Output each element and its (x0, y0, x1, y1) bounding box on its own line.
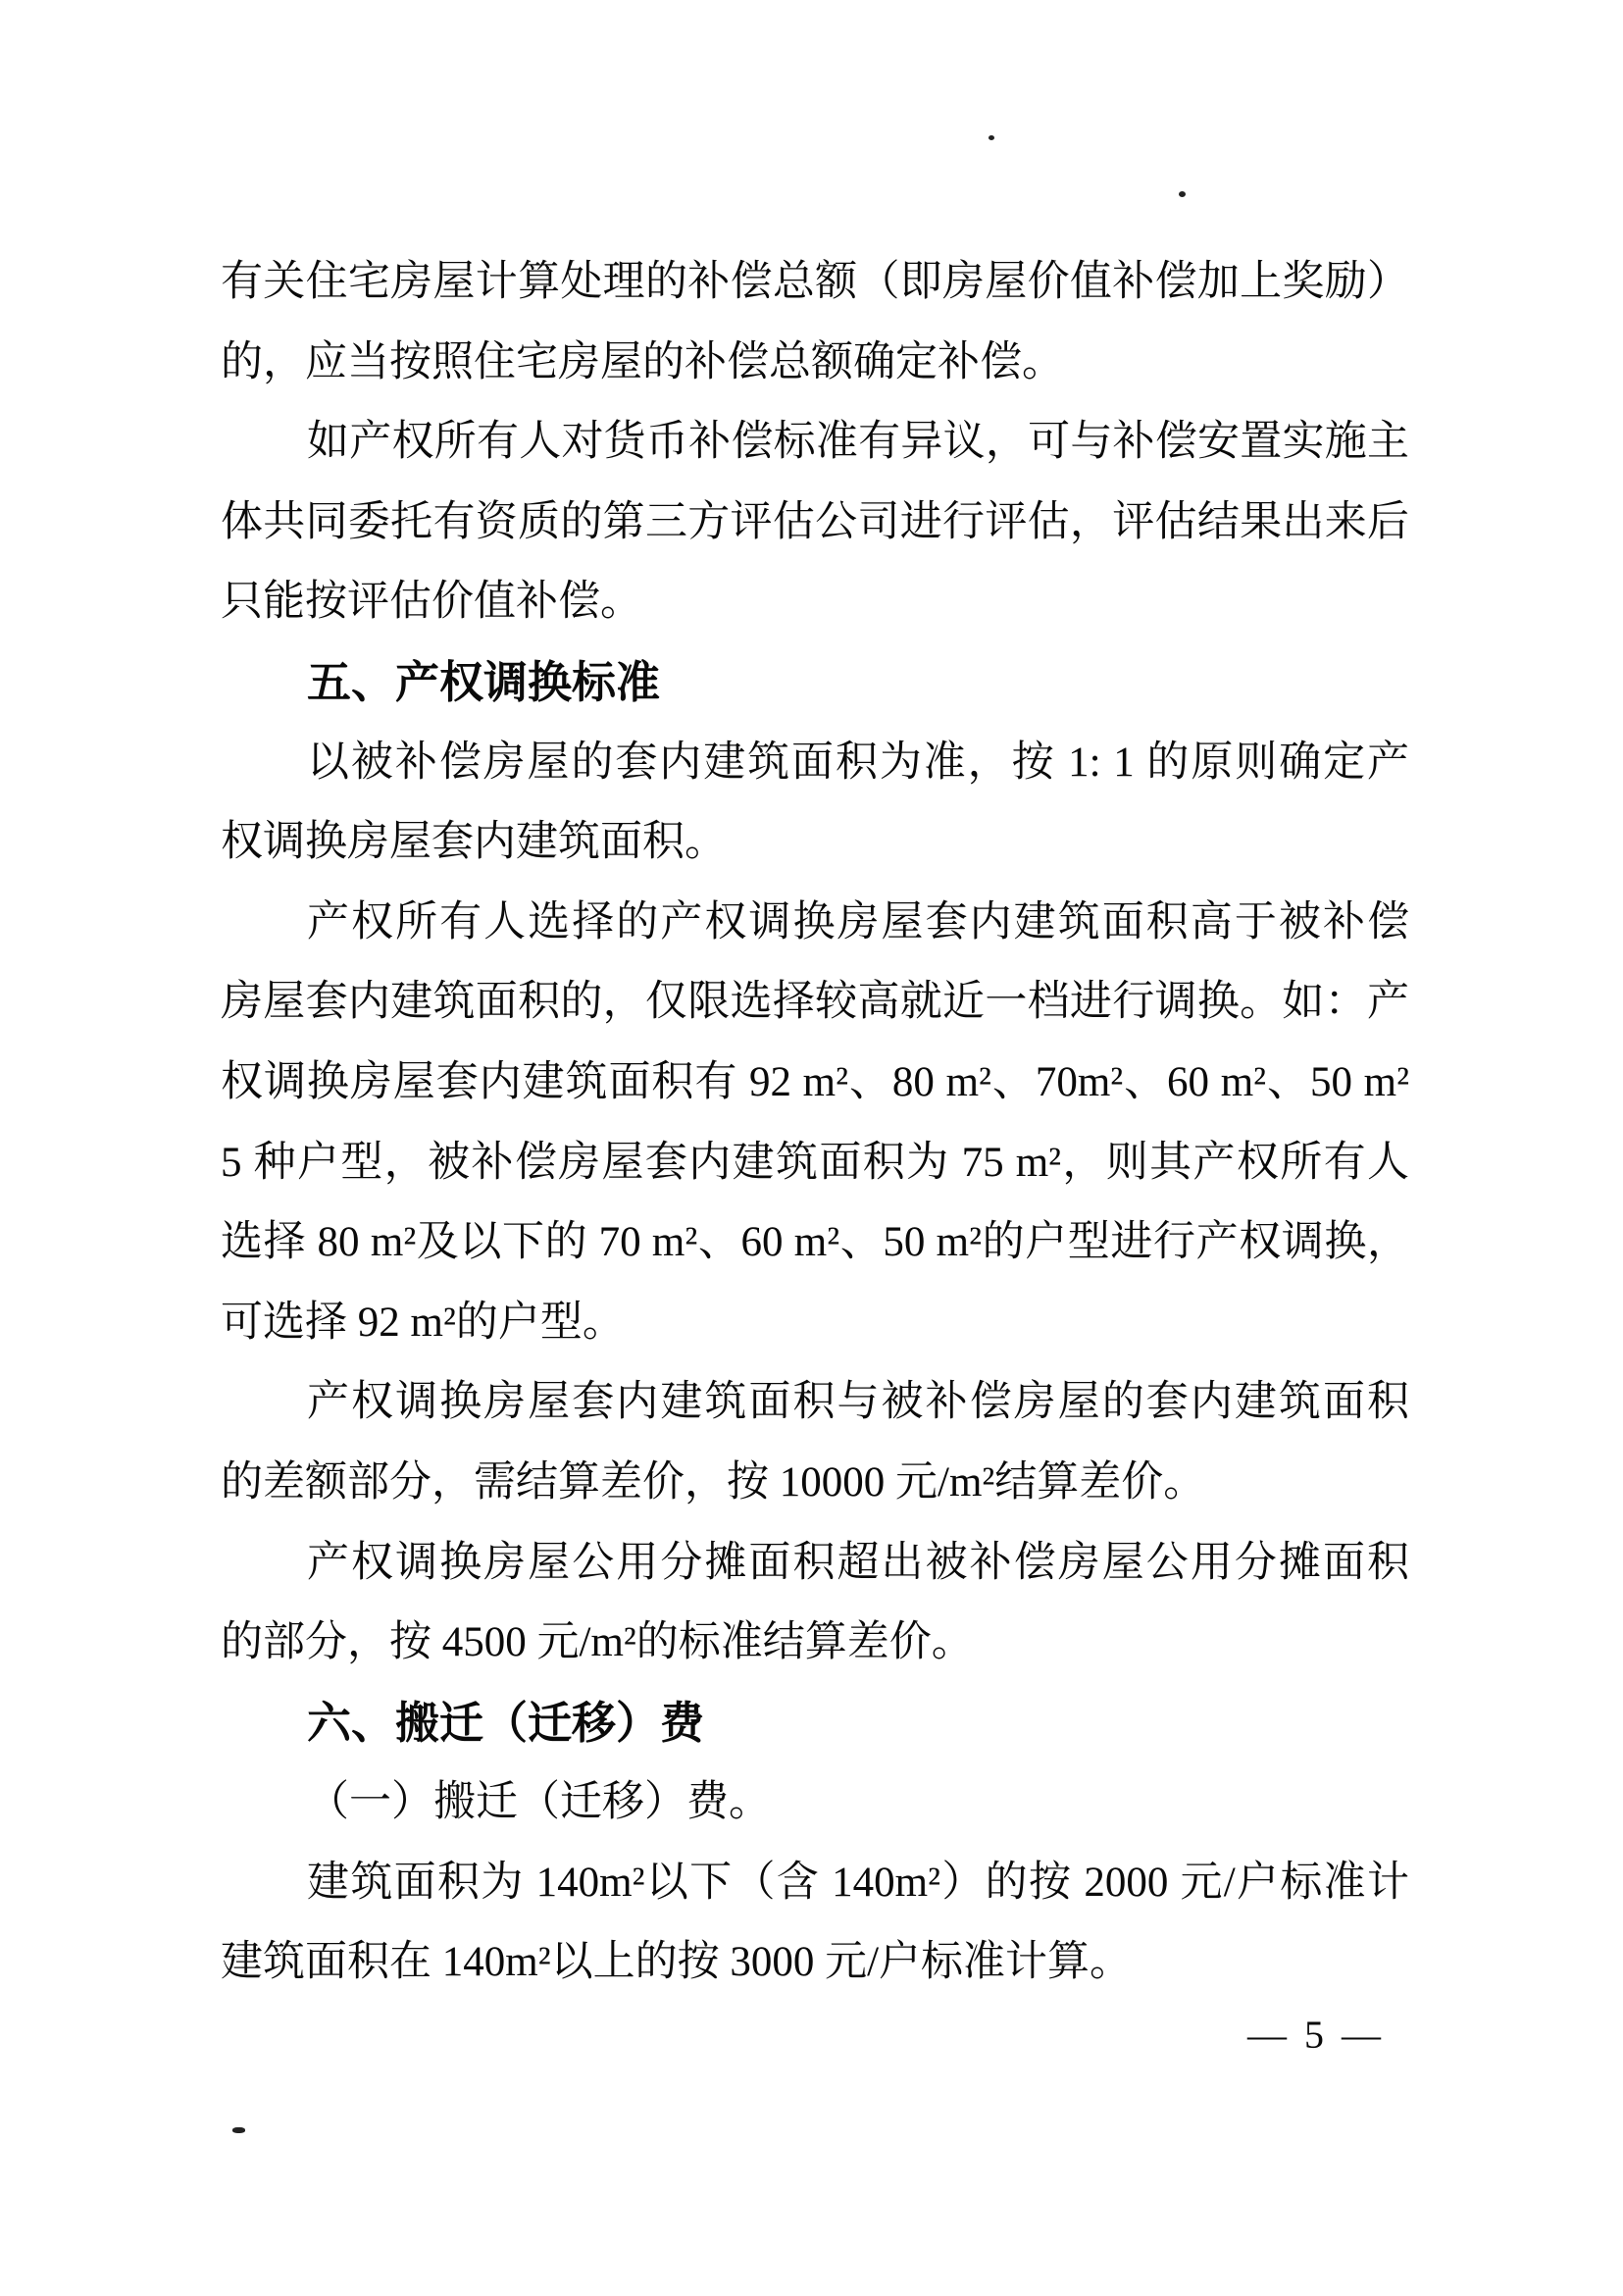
doc-line-13: 选择 80 m²及以下的 70 m²、60 m²、50 m²的户型进行产权调换，… (221, 1202, 1409, 1283)
scan-speck (989, 135, 994, 140)
doc-line-02: 的，应当按照住宅房屋的补偿总额确定补偿。 (221, 323, 1409, 403)
heading-section-5: 五、产权调换标准 (221, 642, 1409, 723)
doc-line-21: 建筑面积为 140m²以下（含 140m²）的按 2000 元/户标准计算； (221, 1843, 1409, 1923)
doc-line-09: 产权所有人选择的产权调换房屋套内建筑面积高于被补偿 (221, 883, 1409, 963)
document-page: 有关住宅房屋计算处理的补偿总额（即房屋价值补偿加上奖励） 的，应当按照住宅房屋的… (0, 0, 1623, 2296)
doc-line-16: 的差额部分，需结算差价，按 10000 元/m²结算差价。 (221, 1443, 1409, 1523)
doc-line-20: （一）搬迁（迁移）费。 (221, 1762, 1409, 1843)
doc-line-11: 权调换房屋套内建筑面积有 92 m²、80 m²、70m²、60 m²、50 m… (221, 1043, 1409, 1123)
document-body: 有关住宅房屋计算处理的补偿总额（即房屋价值补偿加上奖励） 的，应当按照住宅房屋的… (221, 242, 1409, 2003)
doc-line-22: 建筑面积在 140m²以上的按 3000 元/户标准计算。 (221, 1922, 1409, 2003)
doc-line-05: 只能按评估价值补偿。 (221, 562, 1409, 642)
doc-line-12: 5 种户型，被补偿房屋套内建筑面积为 75 m²，则其产权所有人可 (221, 1123, 1409, 1203)
doc-line-04: 体共同委托有资质的第三方评估公司进行评估，评估结果出来后 (221, 483, 1409, 563)
scan-speck (1179, 191, 1186, 197)
doc-line-03: 如产权所有人对货币补偿标准有异议，可与补偿安置实施主 (221, 402, 1409, 483)
doc-line-01: 有关住宅房屋计算处理的补偿总额（即房屋价值补偿加上奖励） (221, 242, 1409, 323)
doc-line-07: 以被补偿房屋的套内建筑面积为准，按 1: 1 的原则确定产 (221, 723, 1409, 803)
heading-section-6: 六、搬迁（迁移）费 (221, 1683, 1409, 1763)
doc-line-18: 的部分，按 4500 元/m²的标准结算差价。 (221, 1603, 1409, 1683)
doc-line-14: 可选择 92 m²的户型。 (221, 1283, 1409, 1363)
doc-line-15: 产权调换房屋套内建筑面积与被补偿房屋的套内建筑面积 (221, 1362, 1409, 1443)
page-number: — 5 — (1247, 2011, 1385, 2060)
doc-line-10: 房屋套内建筑面积的，仅限选择较高就近一档进行调换。如：产 (221, 962, 1409, 1043)
doc-line-08: 权调换房屋套内建筑面积。 (221, 802, 1409, 883)
scan-speck (232, 2127, 245, 2133)
doc-line-17: 产权调换房屋公用分摊面积超出被补偿房屋公用分摊面积 (221, 1523, 1409, 1604)
